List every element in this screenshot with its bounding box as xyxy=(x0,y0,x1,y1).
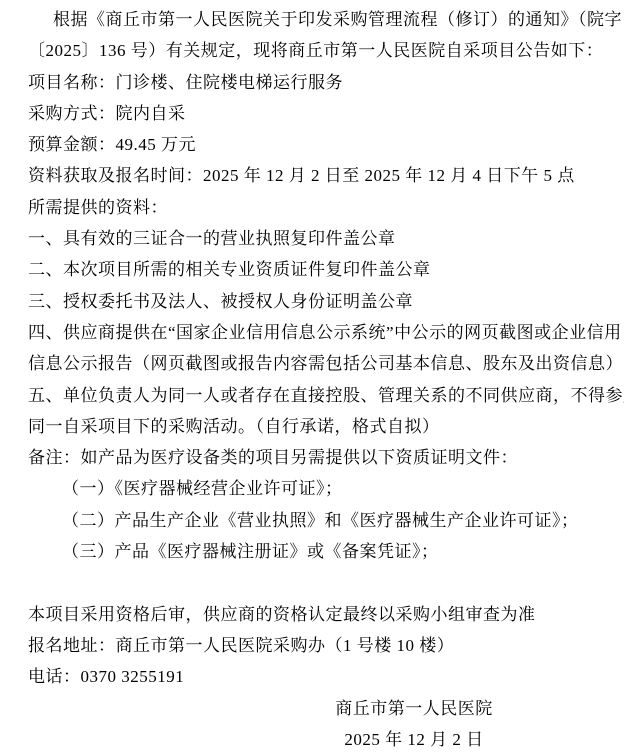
field-registration-time: 资料获取及报名时间：2025 年 12 月 2 日至 2025 年 12 月 4… xyxy=(28,160,598,191)
material-item-4-line-2: 信息公示报告（网页截图或报告内容需包括公司基本信息、股东及出资信息） xyxy=(28,348,598,379)
note-item-2: （二）产品生产企业《营业执照》和《医疗器械生产企业许可证》； xyxy=(28,505,598,536)
material-item-5-line-1: 五、单位负责人为同一人或者存在直接控股、管理关系的不同供应商，不得参加 xyxy=(28,380,598,411)
notes-heading: 备注：如产品为医疗设备类的项目另需提供以下资质证明文件： xyxy=(28,442,598,473)
signature-date: 2025 年 12 月 2 日 xyxy=(28,724,598,753)
material-item-1: 一、具有效的三证合一的营业执照复印件盖公章 xyxy=(28,223,598,254)
intro-line-2: 〔2025〕136 号）有关规定，现将商丘市第一人民医院自采项目公告如下： xyxy=(28,35,598,66)
material-item-4-line-1: 四、供应商提供在“国家企业信用信息公示系统”中公示的网页截图或企业信用 xyxy=(28,317,598,348)
material-item-2: 二、本次项目所需的相关专业资质证件复印件盖公章 xyxy=(28,254,598,285)
material-item-5-line-2: 同一自采项目下的采购活动。（自行承诺，格式自拟） xyxy=(28,411,598,442)
note-item-3: （三）产品《医疗器械注册证》或《备案凭证》； xyxy=(28,536,598,567)
note-item-1: （一）《医疗器械经营企业许可证》； xyxy=(28,473,598,504)
signature-org: 商丘市第一人民医院 xyxy=(28,693,598,724)
blank-line xyxy=(28,567,598,598)
field-phone: 电话：0370 3255191 xyxy=(28,661,598,692)
field-project-name: 项目名称：门诊楼、住院楼电梯运行服务 xyxy=(28,67,598,98)
field-registration-address: 报名地址：商丘市第一人民医院采购办（1 号楼 10 楼） xyxy=(28,630,598,661)
field-procurement-method: 采购方式：院内自采 xyxy=(28,98,598,129)
review-statement: 本项目采用资格后审，供应商的资格认定最终以采购小组审查为准 xyxy=(28,599,598,630)
material-item-3: 三、授权委托书及法人、被授权人身份证明盖公章 xyxy=(28,286,598,317)
announcement-document: 根据《商丘市第一人民医院关于印发采购管理流程（修订）的通知》（院字 〔2025〕… xyxy=(0,0,624,753)
field-budget: 预算金额：49.45 万元 xyxy=(28,129,598,160)
materials-heading: 所需提供的资料： xyxy=(28,192,598,223)
intro-line-1: 根据《商丘市第一人民医院关于印发采购管理流程（修订）的通知》（院字 xyxy=(28,4,598,35)
